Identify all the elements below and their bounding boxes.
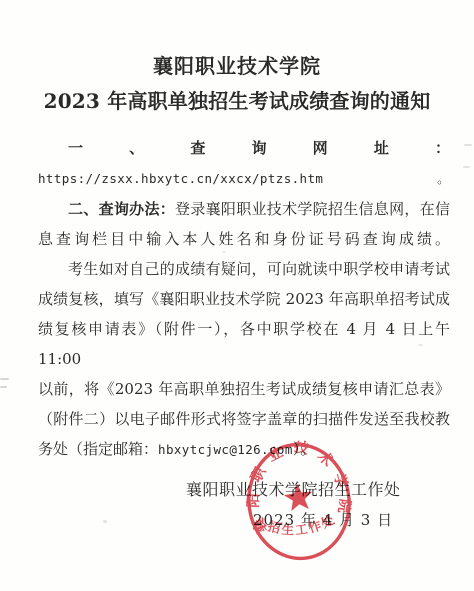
- notice-line: （附件二）以电子邮件形式将签字盖章的扫描件发送至我校教: [38, 404, 450, 434]
- notice-line: 考生如对自己的成绩有疑问，可向就读中职学校申请考试: [38, 254, 450, 284]
- scan-artifact: [0, 378, 9, 380]
- notice-line-url: 一、查询网址：https://zsxx.hbxytc.cn/xxcx/ptzs.…: [38, 133, 450, 194]
- item-2-label: 二、查询办法：: [68, 200, 175, 218]
- notice-text: 登录襄阳职业技术学院招生信息网，在信: [175, 200, 450, 218]
- notice-text: 考生如对自己的成绩有疑问，可向就读中职学校申请考试: [68, 260, 450, 278]
- item-1-label: 一、查询网址：: [68, 139, 450, 157]
- scanned-notice-page: 襄阳职业技术学院 2023 年高职单独招生考试成绩查询的通知 一、查询网址：ht…: [0, 0, 474, 591]
- scan-artifact: [464, 144, 472, 146]
- notice-body: 一、查询网址：https://zsxx.hbxytc.cn/xxcx/ptzs.…: [0, 133, 474, 465]
- scan-artifact: [222, 251, 226, 253]
- notice-text: ）。: [293, 440, 316, 458]
- scan-artifact: [418, 344, 423, 346]
- notice-line: 息查询栏目中输入本人姓名和身份证号码查询成绩。: [38, 224, 450, 254]
- contact-email: hbxytcjwc@126.com: [158, 442, 293, 457]
- notice-line: 二、查询办法：登录襄阳职业技术学院招生信息网，在信: [38, 194, 450, 224]
- query-url: https://zsxx.hbxytc.cn/xxcx/ptzs.htm。: [38, 171, 450, 186]
- notice-text: 息查询栏目中输入本人姓名和身份证号码查询成绩。: [38, 230, 450, 248]
- scan-artifact: [103, 520, 107, 523]
- notice-text: 成绩复核，填写《襄阳职业技术学院 2023 年高职单招考试成: [38, 290, 450, 308]
- notice-text: 务处（指定邮箱：: [38, 440, 158, 458]
- notice-line: 成绩复核，填写《襄阳职业技术学院 2023 年高职单招考试成: [38, 284, 450, 314]
- notice-title-subject: 2023 年高职单独招生考试成绩查询的通知: [0, 88, 474, 114]
- notice-text: 以前，将《2023 年高职单独招生考试成绩复核申请汇总表》: [38, 380, 450, 398]
- notice-line: 绩复核申请表》（附件一），各中职学校在 4 月 4 日上午 11:00: [38, 314, 450, 374]
- notice-line: 以前，将《2023 年高职单独招生考试成绩复核申请汇总表》: [38, 374, 450, 404]
- issuer-signature: 襄阳职业技术学院招生工作处: [186, 477, 401, 500]
- issue-date: 2023 年 4 月 3 日: [253, 509, 393, 530]
- notice-text: （附件二）以电子邮件形式将签字盖章的扫描件发送至我校教: [38, 410, 450, 428]
- notice-line-email: 务处（指定邮箱：hbxytcjwc@126.com）。: [38, 434, 450, 465]
- notice-text: 绩复核申请表》（附件一），各中职学校在 4 月 4 日上午 11:00: [38, 320, 450, 368]
- notice-title-org: 襄阳职业技术学院: [0, 0, 474, 79]
- scan-artifact: [463, 166, 470, 168]
- scan-artifact: [0, 386, 7, 388]
